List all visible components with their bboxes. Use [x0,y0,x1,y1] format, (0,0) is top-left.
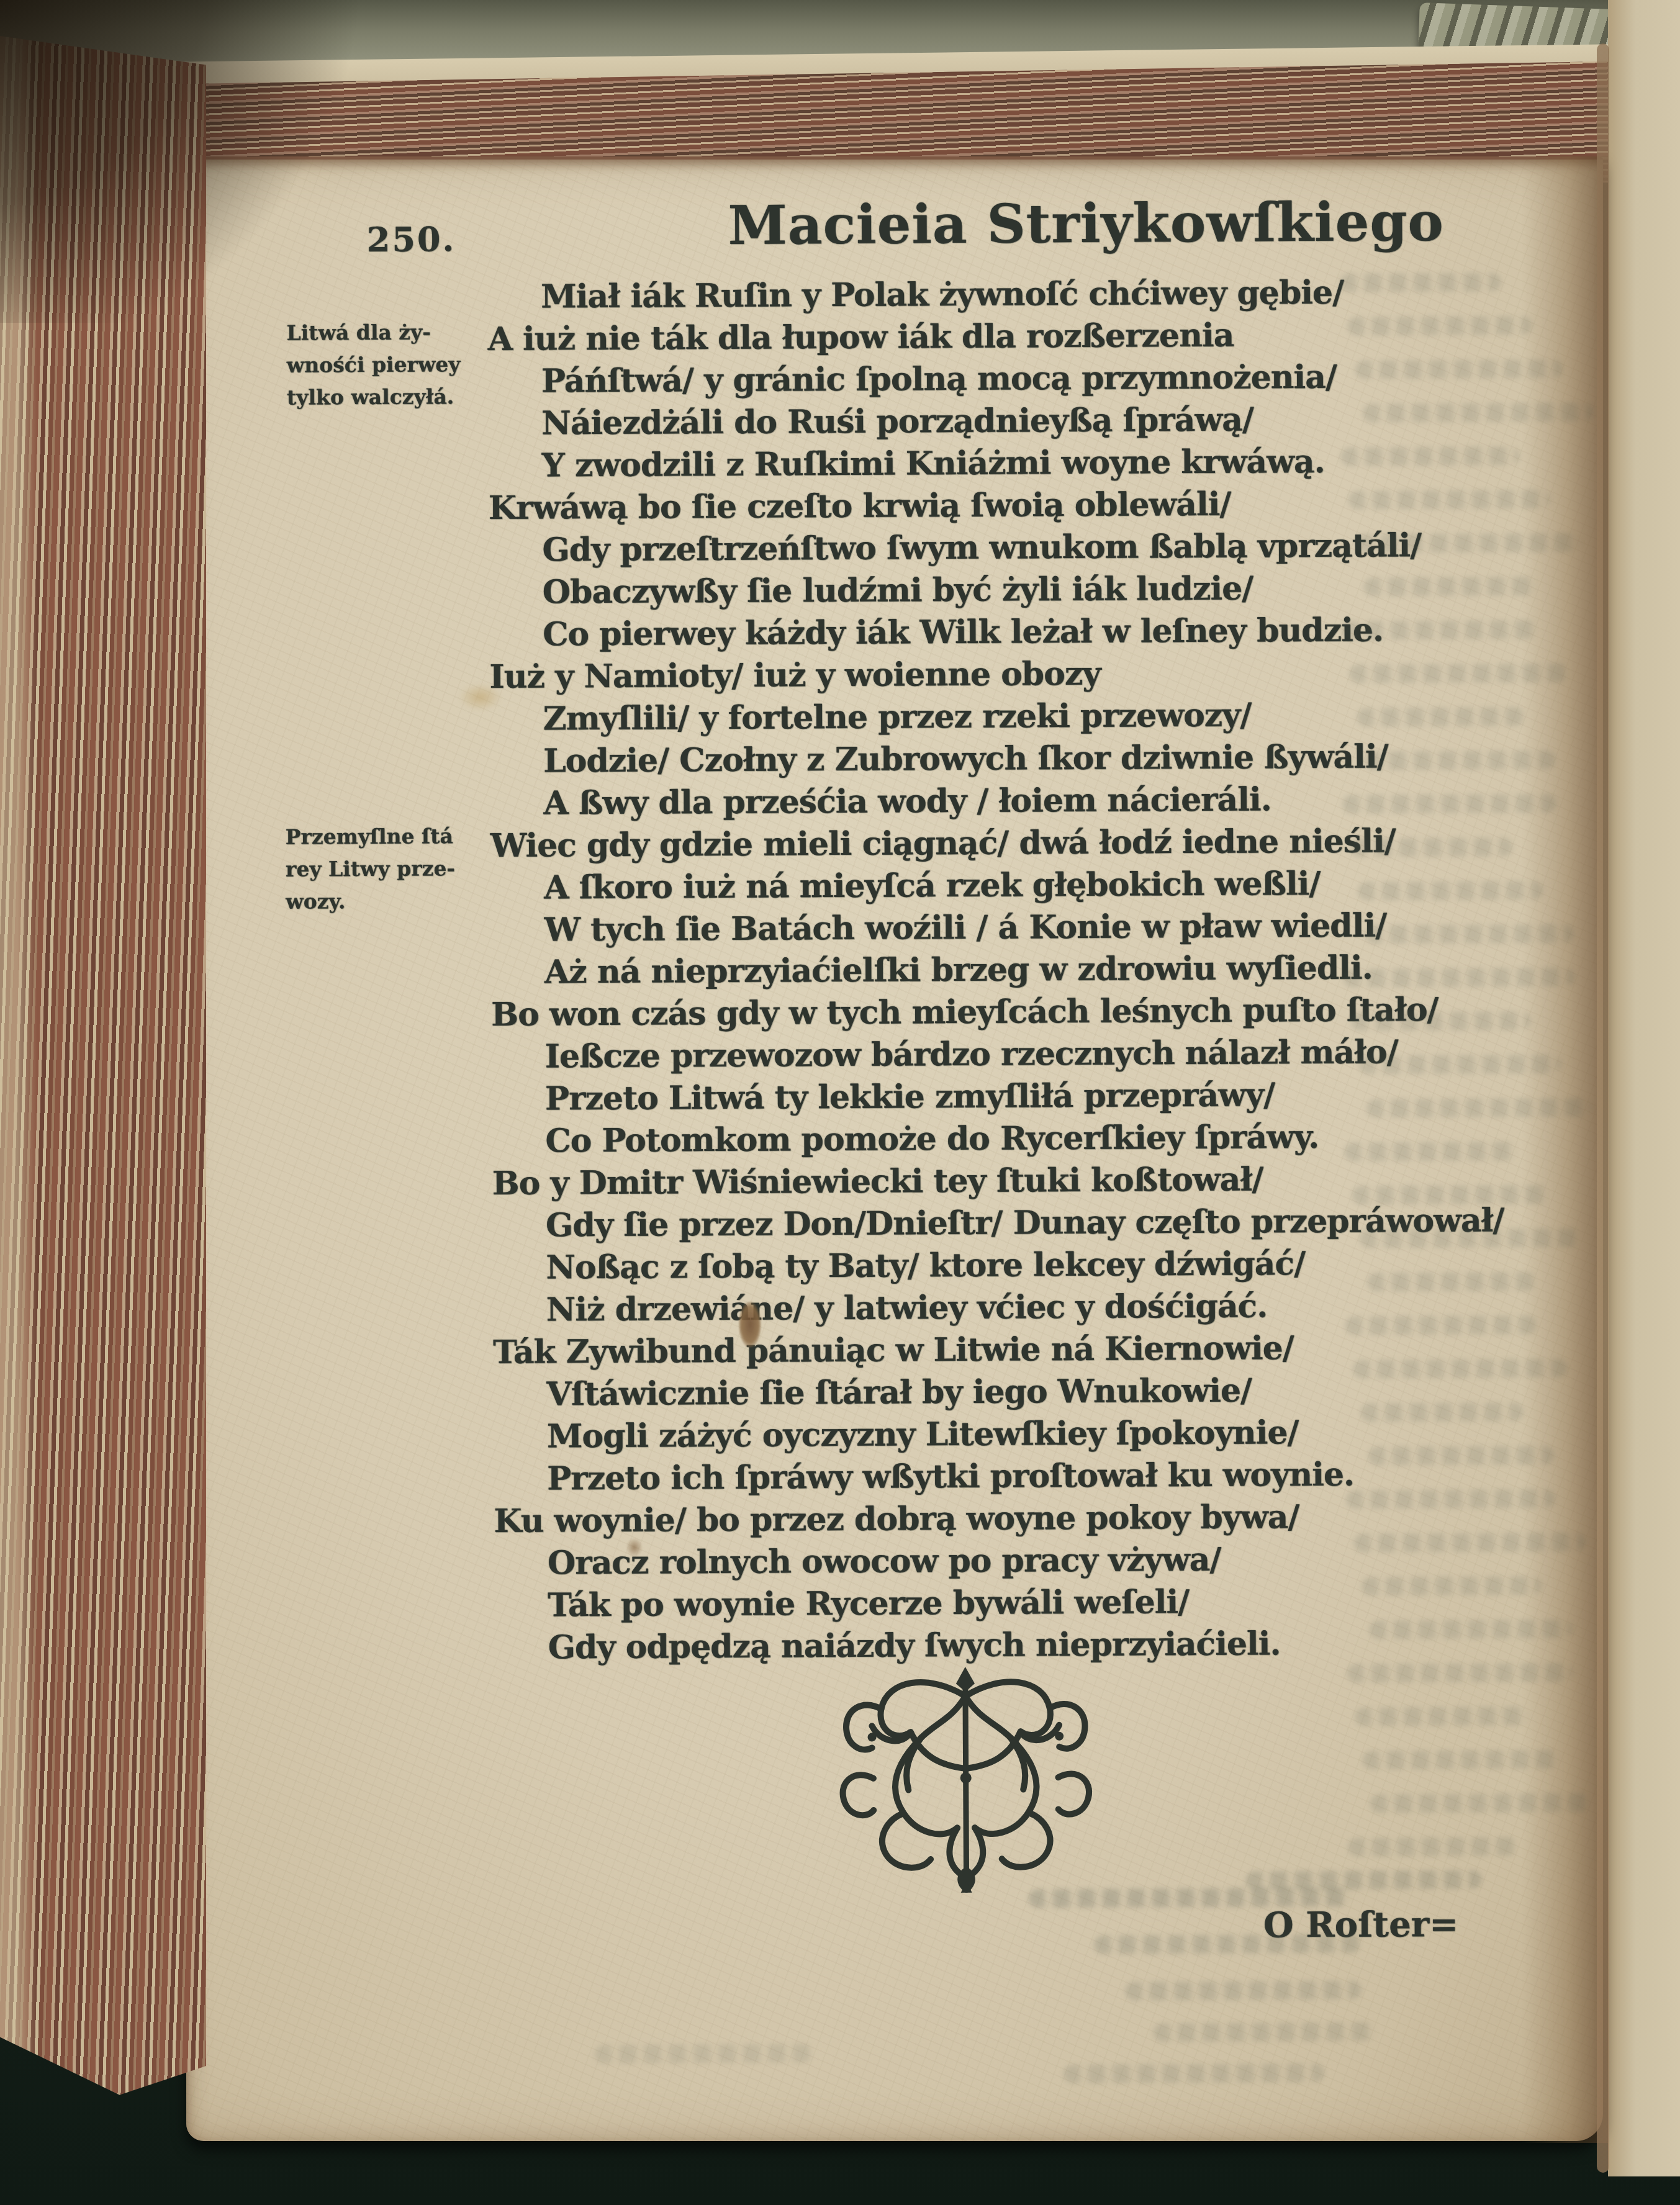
margin-note-line: wozy. [286,885,497,918]
verse-line: Co Potomkom pomoże do Rycerſkiey ſpráwy. [492,1115,1504,1163]
verse-line: Bo won czás gdy w tych mieyſcách leśnych… [491,988,1503,1036]
verse-line: Páńſtwá/ y gránic ſpolną mocą przymnożen… [488,355,1500,403]
verse-line: Oracz rolnych owocow po pracy vżywa/ [494,1537,1506,1585]
verse-line: Ießcze przewozow bárdzo rzecznych nálazł… [491,1030,1503,1078]
bleedthrough-text-ghost [1064,2063,1324,2083]
verse-line: Niż drzewiáne/ y latwiey vćiec y dośćigá… [493,1284,1505,1332]
margin-note-line: wnośći pierwey [287,348,498,382]
bleedthrough-text-ghost [1154,2022,1377,2042]
bleedthrough-text-ghost [1348,1837,1517,1856]
verse-line: Ták Zywibund pánuiąc w Litwie ná Kiernow… [493,1326,1505,1374]
bleedthrough-text-ghost [595,2044,812,2063]
catchword: O Roſter= [1263,1904,1459,1946]
verse-line: Lodzie/ Czołny z Zubrowych ſkor dziwnie … [490,735,1502,783]
verse-line: Zmyſlili/ y fortelne przez rzeki przewoz… [490,693,1502,741]
bleedthrough-text-ghost [1347,1663,1573,1683]
bleedthrough-text-ghost [1370,1793,1591,1813]
verse-line: W tych ſie Batách woźili / á Konie w pła… [490,904,1502,952]
verse-line: Gdy przeſtrzeńſtwo ſwym wnukom ßablą vpr… [489,524,1501,572]
verse-line: Náiezdżáli do Ruśi porządnieyßą ſpráwą/ [488,397,1500,445]
bleedthrough-text-ghost [1125,1981,1361,2001]
verse-line: Ták po woynie Rycerze bywáli weſeli/ [494,1579,1506,1627]
margin-note-1: Litwá dla ży-wnośći pierweytylko walczył… [286,316,498,414]
running-header: Macieia Striykowſkiego [728,191,1444,257]
paper-stain [458,683,502,711]
verse-line: A ſkoro iuż ná mieyſcá rzek głębokich we… [490,862,1502,909]
verse-line: Noßąc z ſobą ty Baty/ ktore lekcey dźwig… [492,1242,1504,1289]
verse-line: Y zwodzili z Ruſkimi Kniáżmi woyne krwáw… [488,440,1500,487]
verse-line: Vſtáwicznie ſie ſtárał by iego Wnukowie/ [493,1368,1505,1416]
verse-line: Przeto Litwá ty lekkie zmyſliłá przepráw… [492,1073,1504,1121]
margin-note-line: rey Litwy prze- [286,852,497,886]
margin-note-2: Przemyſlne ſtárey Litwy prze-wozy. [286,820,497,918]
margin-note-line: Litwá dla ży- [286,316,497,349]
verse-line: Bo y Dmitr Wiśniewiecki tey ſtuki koßtow… [492,1157,1504,1205]
bleedthrough-text-ghost [1245,1870,1481,1890]
verse-line: Krwáwą bo ſie czeſto krwią ſwoią oblewál… [489,482,1501,530]
bleedthrough-text-ghost [1362,1750,1560,1770]
verse-line: Obaczywßy ſie ludźmi być żyli iák ludzie… [489,566,1501,614]
verse-line: A iuż nie ták dla łupow iák dla rozßerze… [487,313,1499,361]
page-content: 250. Macieia Striykowſkiego Litwá dla ży… [0,0,1680,2205]
verse-line: Miał iák Ruſin y Polak żywnoſć chćiwey g… [487,271,1499,318]
verse-line: Ku woynie/ bo przez dobrą woyne pokoy by… [494,1495,1506,1543]
verse-line: Mogli záżyć oyczyzny Litewſkiey ſpokoyni… [494,1410,1506,1458]
book-scan-photo: 250. Macieia Striykowſkiego Litwá dla ży… [0,0,1680,2205]
verse-line: Przeto ich ſpráwy wßytki proſtował ku wo… [494,1453,1506,1500]
margin-note-line: tylko walczyłá. [287,381,498,414]
bleedthrough-text-ghost [1355,1707,1529,1726]
verse-line: Wiec gdy gdzie mieli ciągnąć/ dwá łodź i… [490,819,1502,867]
margin-note-line: Przemyſlne ſtá [286,820,497,854]
verse-line: Gdy ſie przez Don/Dnieſtr/ Dunay częſto … [492,1199,1504,1247]
paper-stain-small [626,1538,643,1557]
verse-line: Iuż y Namioty/ iuż y woienne obozy [489,651,1501,698]
printer-ornament-icon [828,1661,1104,1893]
ink-stain [739,1302,761,1348]
verse-block: Miał iák Ruſin y Polak żywnoſć chćiwey g… [487,271,1506,1669]
verse-line: Co pierwey káżdy iák Wilk leżał w leſney… [489,608,1501,656]
verse-line: A ßwy dla prześćia wody / łoiem nácierál… [490,777,1502,825]
verse-line: Aż ná nieprzyiaćielſki brzeg w zdrowiu w… [491,946,1503,994]
page-number: 250. [367,219,456,259]
